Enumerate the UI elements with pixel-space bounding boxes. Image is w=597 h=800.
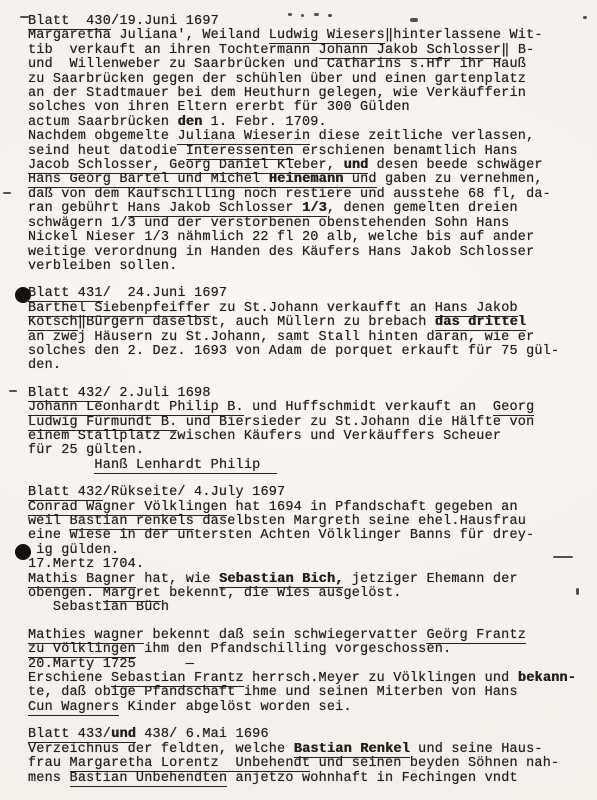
text-line: Verzeichnus der feldten, welche Bastian … — [28, 743, 589, 757]
text-segment: erschienen benamtlich Hans — [294, 144, 518, 159]
text-line: tib verkauft an ihren Tochtermann Johann… — [28, 44, 589, 58]
document-section: Blatt 432/ 2.Juli 1698Johann Leonhardt P… — [28, 387, 589, 473]
text-segment: ig gülden. — [28, 543, 119, 558]
scan-speck — [9, 390, 17, 392]
text-line: mens Bastian Unbehendten anjetzo wohnhaf… — [28, 772, 589, 786]
text-segment: Nickel Nieser 1/3 nähmlich 22 fl 20 alb,… — [28, 230, 534, 245]
text-line: Blatt 432/ 2.Juli 1698 — [28, 387, 589, 401]
text-segment: daß von dem Kaufschilling noch restiere … — [28, 187, 551, 202]
text-line: solches den 2. Dez. 1693 von Adam de por… — [28, 345, 589, 359]
text-segment: Kinder abgelöst worden sei. — [119, 700, 351, 715]
scan-speck — [576, 588, 579, 595]
text-segment: Sebastian Büch — [28, 600, 169, 615]
text-segment: anjetzo wohnhaft in Fechingen vndt — [227, 771, 518, 786]
document-body: Blatt 430/19.Juni 1697Margaretha Juliana… — [28, 15, 589, 799]
text-segment: 20.Marty 1725 — — [28, 657, 194, 672]
scan-speck — [314, 13, 319, 16]
text-line: ran gebührt Hans Jakob Schlosser 1/3, de… — [28, 202, 589, 216]
text-line: obengen. Margret bekennt, die Wies ausge… — [28, 587, 589, 601]
text-segment: ihm den Pfandschilling vorgeschossen. — [136, 642, 451, 657]
scan-speck — [20, 16, 29, 18]
text-line: Cun Wagners Kinder abgelöst worden sei. — [28, 701, 589, 715]
text-line: Blatt 431/ 24.Juni 1697 — [28, 287, 589, 301]
text-segment: und seinen beyden Söhnen nah- — [310, 756, 559, 771]
text-line: weitige verordnung in Handen des Käufers… — [28, 246, 589, 260]
text-segment: ‖Bürgern daselbst, auch Müllern zu breba… — [78, 315, 435, 330]
text-segment: /Rükseite/ 4.July 1697 — [103, 485, 286, 500]
underlined-text: Bastian Unbehendten — [70, 771, 228, 787]
text-segment: bekennt daß sein schwiegervatter — [144, 628, 426, 643]
underlined-text: Hanß Lenhardt Philip — [94, 458, 277, 474]
text-segment: ‖hinterlassene Wit- — [385, 28, 543, 43]
text-line: daß von dem Kaufschilling noch restiere … — [28, 188, 589, 202]
underlined-text: Blatt 431 — [28, 286, 103, 302]
text-line: 20.Marty 1725 — — [28, 658, 589, 672]
text-segment: und Biersieder zu St.Johann die Hälfte v… — [177, 415, 534, 430]
text-segment: Margaretha Juliana', Weiland — [28, 28, 269, 43]
text-segment: für 25 gülten. — [28, 443, 144, 458]
scanned-document: Blatt 430/19.Juni 1697Margaretha Juliana… — [0, 0, 597, 800]
text-segment: te, daß obige Pfandschaft ihme und seine… — [28, 685, 518, 700]
text-segment: und Willenweber zu Saarbrücken und Catha… — [28, 57, 526, 72]
text-segment: Verzeichnus der feldten, welche — [28, 742, 294, 757]
text-segment: frau — [28, 756, 70, 771]
text-segment: an der Stadtmauer bei dem Heuthurn geleg… — [28, 86, 526, 101]
text-segment: gaben zu vernehmen, — [377, 172, 543, 187]
scan-speck — [583, 16, 587, 19]
document-section: Blatt 430/19.Juni 1697Margaretha Juliana… — [28, 15, 589, 274]
text-line: Mathis Bagner hat, wie Sebastian Bich, j… — [28, 573, 589, 587]
text-line: an der Stadtmauer bei dem Heuthurn geleg… — [28, 87, 589, 101]
text-line: Blatt 432/Rükseite/ 4.July 1697 — [28, 486, 589, 500]
text-segment: und seine Haus- — [410, 742, 543, 757]
text-segment: den. — [28, 358, 61, 373]
scan-speck — [301, 14, 304, 17]
text-segment — [28, 458, 94, 473]
text-segment: an zwej Häusern zu St.Johann, samt Stall… — [28, 330, 534, 345]
text-line: Sebastian Büch — [28, 601, 589, 615]
document-section: Blatt 433/und 438/ 6.Mai 1696Verzeichnus… — [28, 728, 589, 786]
text-line: Kotsch‖Bürgern daselbst, auch Müllern zu… — [28, 316, 589, 330]
text-segment: bekennt, die Wies ausgelöst. — [161, 586, 402, 601]
text-segment: weil — [28, 514, 70, 529]
text-segment: den — [177, 115, 202, 130]
text-segment: solches von ihren Eltern ererbt für 300 … — [28, 100, 410, 115]
text-line: seind heut datodie Interessenten erschie… — [28, 145, 589, 159]
text-line: schwägern 1/3 und der verstorbenen obens… — [28, 217, 589, 231]
text-segment: / 24.Juni 1697 — [103, 286, 228, 301]
text-line: 17.Mertz 1704. — [28, 558, 589, 572]
text-segment: hat, wie — [136, 572, 219, 587]
text-segment: Nachdem obgemelte — [28, 129, 177, 144]
text-segment: 1. Febr. 1709. — [202, 115, 327, 130]
text-line: Barthel Siebenpfeiffer zu St.Johann verk… — [28, 302, 589, 316]
text-segment: diese zeitliche verlassen, — [310, 129, 534, 144]
text-line: zu Saarbrücken gegen der schühlen über u… — [28, 73, 589, 87]
text-segment: obengen. — [28, 586, 103, 601]
text-line: eine Wiese in der untersten Achten Völkl… — [28, 529, 589, 543]
text-segment: und Huffschmidt verkauft an — [244, 400, 493, 415]
text-segment: desen beede schwäger — [368, 158, 542, 173]
text-segment: , denen gemelten dreien — [327, 201, 518, 216]
text-line: frau Margaretha Lorentz Unbehendt und se… — [28, 757, 589, 771]
text-segment: eine Wiese in der untersten Achten Völkl… — [28, 528, 534, 543]
text-line: Margaretha Juliana', Weiland Ludwig Wies… — [28, 29, 589, 43]
text-line: Jacob Schlosser, Georg Daniel Kleber, un… — [28, 159, 589, 173]
text-line: Hanß Lenhardt Philip — [28, 459, 589, 473]
document-section: Mathies wagner bekennt daß sein schwiege… — [28, 629, 589, 715]
text-line: actum Saarbrücken den 1. Febr. 1709. — [28, 116, 589, 130]
underlined-text: Blatt 432 — [28, 485, 103, 501]
text-segment: ‖ B- — [501, 43, 534, 58]
text-line: zu Völklingen ihm den Pfandschilling vor… — [28, 643, 589, 657]
text-segment: Erschiene — [28, 671, 111, 686]
underlined-text: Cun Wagners — [28, 700, 119, 716]
text-segment: verbleiben sollen. — [28, 259, 177, 274]
text-line: Ludwig Fürmundt B. und Biersieder zu St.… — [28, 416, 589, 430]
text-line: an zwej Häusern zu St.Johann, samt Stall… — [28, 331, 589, 345]
text-line: den. — [28, 359, 589, 373]
underlined-text: Juliana Wieserin — [177, 129, 310, 145]
scan-speck — [288, 13, 292, 16]
text-line: Hans Georg Bartel und Michel Heinemann u… — [28, 173, 589, 187]
text-line: te, daß obige Pfandschaft ihme und seine… — [28, 686, 589, 700]
text-segment: herrsch.Meyer zu Völklingen und — [244, 671, 518, 686]
text-segment: seind heut datodie — [28, 144, 186, 159]
text-segment: tib verkauft an ihren Tochtermann — [28, 43, 319, 58]
text-line: Johann Leonhardt Philip B. und Huffschmi… — [28, 401, 589, 415]
text-line: Nachdem obgemelte Juliana Wieserin diese… — [28, 130, 589, 144]
text-segment: zu Saarbrücken gegen der schühlen über u… — [28, 72, 526, 87]
text-line: einem Stallplatz zwischen Käufers und Ve… — [28, 430, 589, 444]
text-segment: ran gebührt — [28, 201, 128, 216]
scan-speck — [328, 14, 332, 17]
text-segment: 438/ 6.Mai 1696 — [136, 727, 269, 742]
text-line: und Willenweber zu Saarbrücken und Catha… — [28, 58, 589, 72]
text-line: Nickel Nieser 1/3 nähmlich 22 fl 20 alb,… — [28, 231, 589, 245]
text-segment: / 2.Juli 1698 — [103, 386, 211, 401]
scan-speck — [3, 192, 11, 194]
text-segment: zu St.Johann verkaufft an — [211, 301, 435, 316]
text-line: Mathies wagner bekennt daß sein schwiege… — [28, 629, 589, 643]
text-segment: bekann- — [518, 671, 576, 686]
text-line: solches von ihren Eltern ererbt für 300 … — [28, 101, 589, 115]
document-section: Blatt 432/Rükseite/ 4.July 1697Conrad Wa… — [28, 486, 589, 616]
text-segment: actum Saarbrücken — [28, 115, 177, 130]
scan-speck — [553, 556, 573, 558]
text-segment: daselbsten Margreth seine ehel.Hausfrau — [194, 514, 526, 529]
text-line: weil Bastian renkels daselbsten Margreth… — [28, 515, 589, 529]
text-line: Conrad Wagner Völklingen hat 1694 in Pfa… — [28, 501, 589, 515]
text-segment: hat 1694 in Pfandschaft gegeben an — [227, 500, 518, 515]
text-line: Blatt 433/und 438/ 6.Mai 1696 — [28, 728, 589, 742]
text-line: für 25 gülten. — [28, 444, 589, 458]
text-line: Erschiene Sebastian Frantz herrsch.Meyer… — [28, 672, 589, 686]
text-line: verbleiben sollen. — [28, 260, 589, 274]
text-segment: jetziger Ehemann der — [343, 572, 517, 587]
text-segment: /19.Juni 1697 — [111, 14, 219, 29]
text-segment: weitige verordnung in Handen des Käufers… — [28, 245, 534, 260]
text-segment: einem Stallplatz zwischen Käufers und Ve… — [28, 429, 501, 444]
text-line: ig gülden. — [28, 544, 589, 558]
document-section: Blatt 431/ 24.Juni 1697Barthel Siebenpfe… — [28, 287, 589, 373]
text-segment: schwägern 1/3 und der verstorbenen obens… — [28, 216, 509, 231]
text-segment: 17.Mertz 1704. — [28, 557, 144, 572]
text-segment: solches den 2. Dez. 1693 von Adam de por… — [28, 344, 559, 359]
scan-speck — [410, 18, 418, 22]
text-segment: mens — [28, 771, 70, 786]
